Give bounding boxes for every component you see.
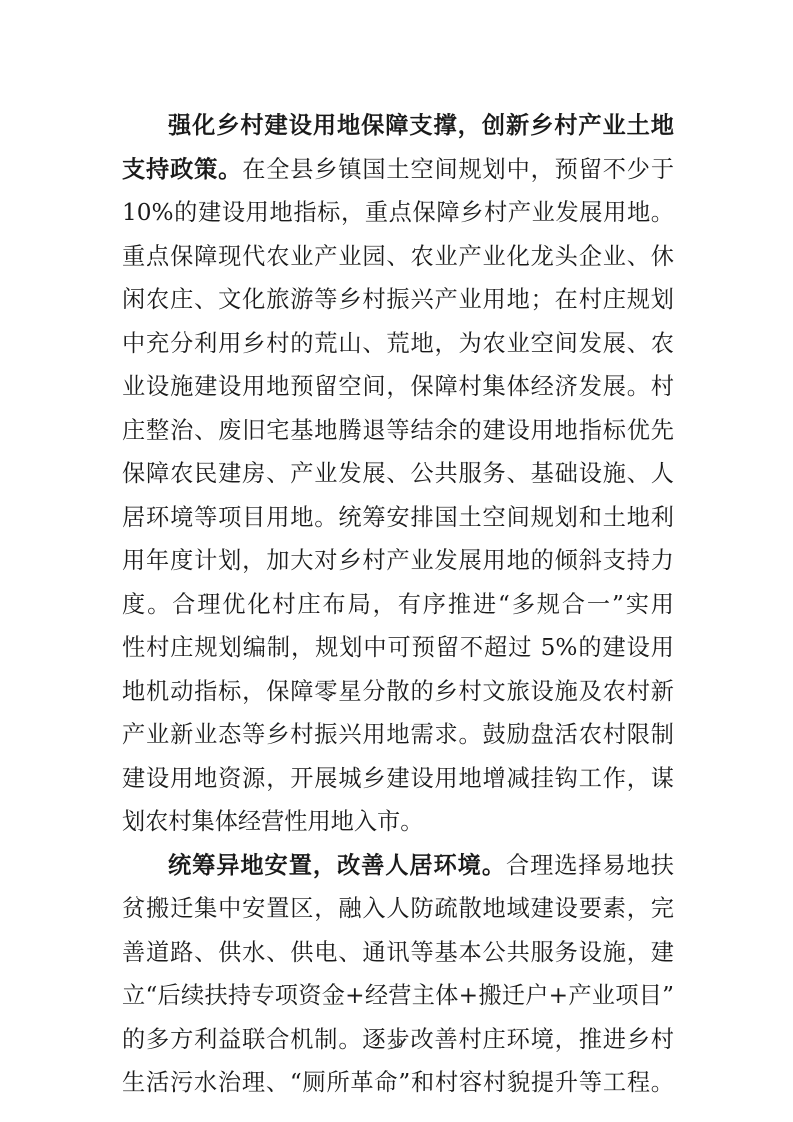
- paragraph-2-line-3: 善道路、供水、供电、通讯等基本公共服务设施，建: [122, 931, 674, 975]
- paragraph-1-line-7: 业设施建设用地预留空间，保障村集体经济发展。村: [122, 365, 674, 409]
- paragraph-2-line-2: 贫搬迁集中安置区，融入人防疏散地域建设要素，完: [122, 887, 674, 931]
- paragraph-1-line-9: 保障农民建房、产业发展、公共服务、基础设施、人: [122, 452, 674, 496]
- paragraph-1-line-16: 建设用地资源，开展城乡建设用地增减挂钩工作，谋: [122, 757, 674, 801]
- paragraph-1-line-4: 重点保障现代农业产业园、农业产业化龙头企业、休: [122, 235, 674, 279]
- line-text: 度。合理优化村庄布局，有序推进“多规合一”实用: [122, 591, 674, 618]
- paragraph-1-heading-part-2: 支持政策。: [122, 156, 242, 183]
- line-text: 善道路、供水、供电、通讯等基本公共服务设施，建: [122, 939, 674, 966]
- line-text: 用年度计划，加大对乡村产业发展用地的倾斜支持力: [122, 547, 674, 574]
- paragraph-1-line-3: 10%的建设用地指标，重点保障乡村产业发展用地。: [122, 191, 674, 235]
- paragraph-2-line-6: 生活污水治理、“厕所革命”和村容村貌提升等工程。: [122, 1061, 674, 1105]
- line-text: 生活污水治理、“厕所革命”和村容村貌提升等工程。: [122, 1069, 674, 1096]
- paragraph-2-line-4: 立“后续扶持专项资金+经营主体+搬迁户+产业项目”: [122, 974, 674, 1018]
- line-text: 划农村集体经营性用地入市。: [122, 808, 423, 835]
- line-text: 10%的建设用地指标，重点保障乡村产业发展用地。: [122, 199, 674, 226]
- paragraph-2-heading: 统筹异地安置，改善人居环境。: [168, 852, 506, 879]
- paragraph-1-line-1: 强化乡村建设用地保障支撑，创新乡村产业土地: [122, 104, 674, 148]
- line-text: 保障农民建房、产业发展、公共服务、基础设施、人: [122, 460, 674, 487]
- paragraph-1-heading-part-1: 强化乡村建设用地保障支撑，创新乡村产业土地: [168, 112, 674, 139]
- line-text: 立“后续扶持专项资金+经营主体+搬迁户+产业项目”: [122, 982, 674, 1009]
- line-text: 闲农庄、文化旅游等乡村振兴产业用地；在村庄规划: [122, 286, 674, 313]
- paragraph-1-line-12: 度。合理优化村庄布局，有序推进“多规合一”实用: [122, 583, 674, 627]
- paragraph-1-line-13: 性村庄规划编制，规划中可预留不超过 5%的建设用: [122, 626, 674, 670]
- body-text: 强化乡村建设用地保障支撑，创新乡村产业土地 支持政策。在全县乡镇国土空间规划中，…: [122, 104, 674, 1105]
- paragraph-1-line-2: 支持政策。在全县乡镇国土空间规划中，预留不少于: [122, 148, 674, 192]
- paragraph-1-line-14: 地机动指标，保障零星分散的乡村文旅设施及农村新: [122, 670, 674, 714]
- line-text: 合理选择易地扶: [506, 852, 674, 879]
- document-page: 强化乡村建设用地保障支撑，创新乡村产业土地 支持政策。在全县乡镇国土空间规划中，…: [0, 0, 793, 1122]
- line-text: 地机动指标，保障零星分散的乡村文旅设施及农村新: [122, 678, 674, 705]
- paragraph-1-line-6: 中充分利用乡村的荒山、荒地，为农业空间发展、农: [122, 322, 674, 366]
- line-text: 在全县乡镇国土空间规划中，预留不少于: [242, 156, 674, 183]
- line-text: 产业新业态等乡村振兴用地需求。鼓励盘活农村限制: [122, 721, 674, 748]
- line-text: 性村庄规划编制，规划中可预留不超过 5%的建设用: [122, 634, 674, 661]
- paragraph-2-line-1: 统筹异地安置，改善人居环境。合理选择易地扶: [122, 844, 674, 888]
- paragraph-1-line-11: 用年度计划，加大对乡村产业发展用地的倾斜支持力: [122, 539, 674, 583]
- paragraph-1-line-17: 划农村集体经营性用地入市。: [122, 800, 674, 844]
- line-text: 居环境等项目用地。统筹安排国土空间规划和土地利: [122, 504, 674, 531]
- paragraph-1-line-10: 居环境等项目用地。统筹安排国土空间规划和土地利: [122, 496, 674, 540]
- paragraph-1-line-5: 闲农庄、文化旅游等乡村振兴产业用地；在村庄规划: [122, 278, 674, 322]
- paragraph-1-line-8: 庄整治、废旧宅基地腾退等结余的建设用地指标优先: [122, 409, 674, 453]
- line-text: 重点保障现代农业产业园、农业产业化龙头企业、休: [122, 243, 674, 270]
- line-text: 中充分利用乡村的荒山、荒地，为农业空间发展、农: [122, 330, 674, 357]
- line-text: 庄整治、废旧宅基地腾退等结余的建设用地指标优先: [122, 417, 674, 444]
- line-text: 建设用地资源，开展城乡建设用地增减挂钩工作，谋: [122, 765, 674, 792]
- paragraph-1-line-15: 产业新业态等乡村振兴用地需求。鼓励盘活农村限制: [122, 713, 674, 757]
- line-text: 业设施建设用地预留空间，保障村集体经济发展。村: [122, 373, 674, 400]
- line-text: 贫搬迁集中安置区，融入人防疏散地域建设要素，完: [122, 895, 674, 922]
- page-number: 39: [0, 1036, 793, 1052]
